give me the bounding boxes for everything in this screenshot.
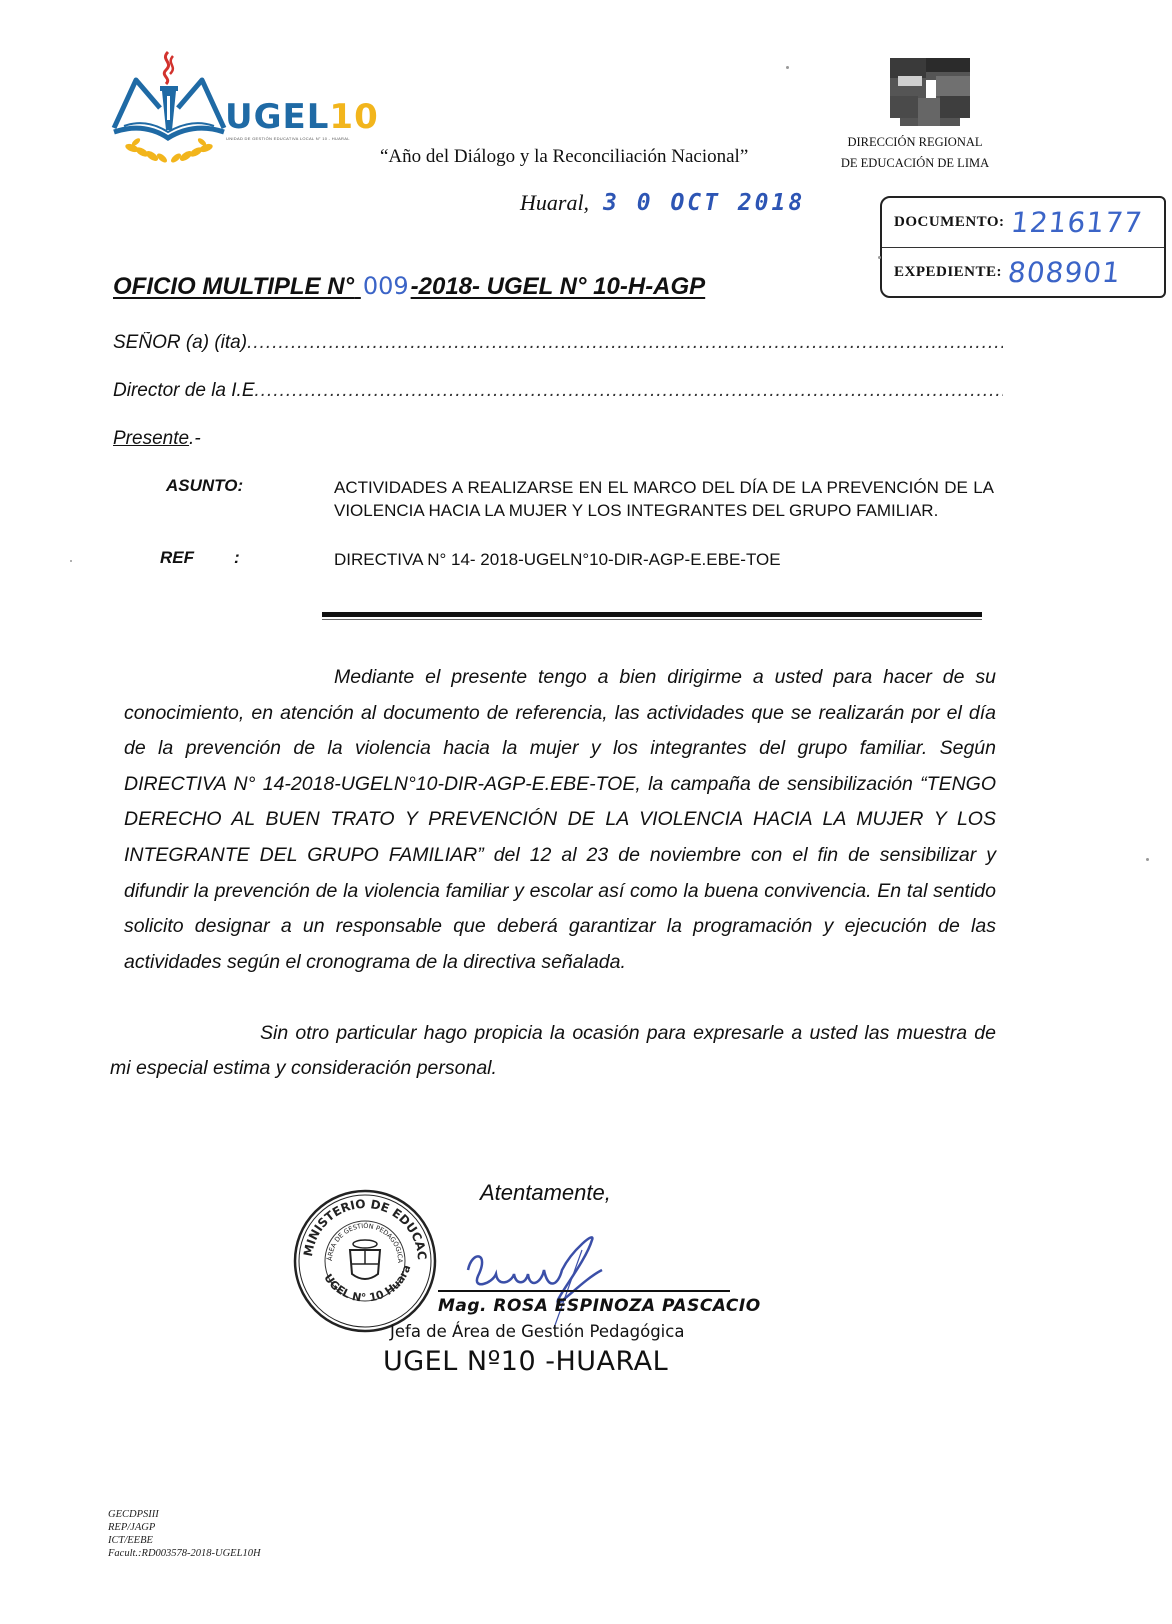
ref-label: REF (160, 548, 194, 568)
divider (322, 619, 982, 620)
signer-organization: UGEL Nº10 -HUARAL (383, 1346, 668, 1377)
documento-label: DOCUMENTO: (894, 214, 1005, 231)
date-place: Huaral, (520, 190, 589, 215)
asunto-label: ASUNTO: (166, 476, 243, 496)
presente-label: Presente.- (113, 428, 201, 450)
expediente-row: EXPEDIENTE: 808901 (882, 247, 1164, 297)
reference-codes: GECDPSIII REP/JAGP ICT/EEBE Facult.:RD00… (108, 1508, 261, 1560)
ref-value: DIRECTIVA N° 14- 2018-UGELN°10-DIR-AGP-E… (334, 550, 781, 570)
addressee-line: SEÑOR (a) (ita).........................… (113, 332, 1003, 354)
official-seal-icon: MINISTERIO DE EDUCACIÓN ÁREA DE GESTIÓN … (292, 1188, 438, 1334)
regional-directorate-logo (890, 58, 970, 126)
expediente-label: EXPEDIENTE: (894, 264, 1002, 281)
document-title: OFICIO MULTIPLE N° 009-2018- UGEL N° 10-… (113, 272, 705, 301)
date-line: Huaral,3 0 OCT 2018 (520, 190, 805, 216)
closing-paragraph: Sin otro particular hago propicia la oca… (110, 1016, 996, 1086)
ugel-logo: UGEL10 UNIDAD DE GESTIÓN EDUCATIVA LOCAL… (110, 48, 350, 168)
book-torch-icon (110, 48, 230, 166)
closing-salutation: Atentamente, (480, 1180, 611, 1206)
date-stamp: 3 0 OCT 2018 (603, 190, 805, 216)
scan-speck (786, 66, 789, 69)
documento-value: 1216177 (1009, 206, 1144, 239)
signer-role: Jefa de Área de Gestión Pedagógica (390, 1322, 684, 1341)
fill-dots: ........................................… (255, 380, 1004, 401)
body-paragraph: Mediante el presente tengo a bien dirigi… (124, 660, 996, 980)
scan-speck (878, 256, 881, 259)
fill-dots: ........................................… (247, 332, 1003, 353)
expediente-value: 808901 (1006, 256, 1122, 289)
director-line: Director de la I.E......................… (113, 380, 1003, 402)
registry-stamp-box: DOCUMENTO: 1216177 EXPEDIENTE: 808901 (880, 196, 1166, 298)
scan-speck (70, 560, 72, 562)
ref-colon: : (234, 548, 240, 568)
year-motto: “Año del Diálogo y la Reconciliación Nac… (380, 146, 748, 168)
office-number: 009 (363, 272, 409, 300)
signer-name: Mag. ROSA ESPINOZA PASCACIO (438, 1296, 761, 1316)
signature-line (438, 1290, 730, 1292)
divider (322, 612, 982, 617)
scan-speck (1146, 858, 1149, 861)
documento-row: DOCUMENTO: 1216177 (882, 198, 1164, 247)
asunto-value: ACTIVIDADES A REALIZARSE EN EL MARCO DEL… (334, 476, 994, 522)
regional-directorate-name: DIRECCIÓN REGIONAL DE EDUCACIÓN DE LIMA (840, 132, 990, 174)
logo-subtitle: UNIDAD DE GESTIÓN EDUCATIVA LOCAL N° 10 … (226, 136, 350, 141)
logo-wordmark: UGEL10 (225, 100, 379, 134)
